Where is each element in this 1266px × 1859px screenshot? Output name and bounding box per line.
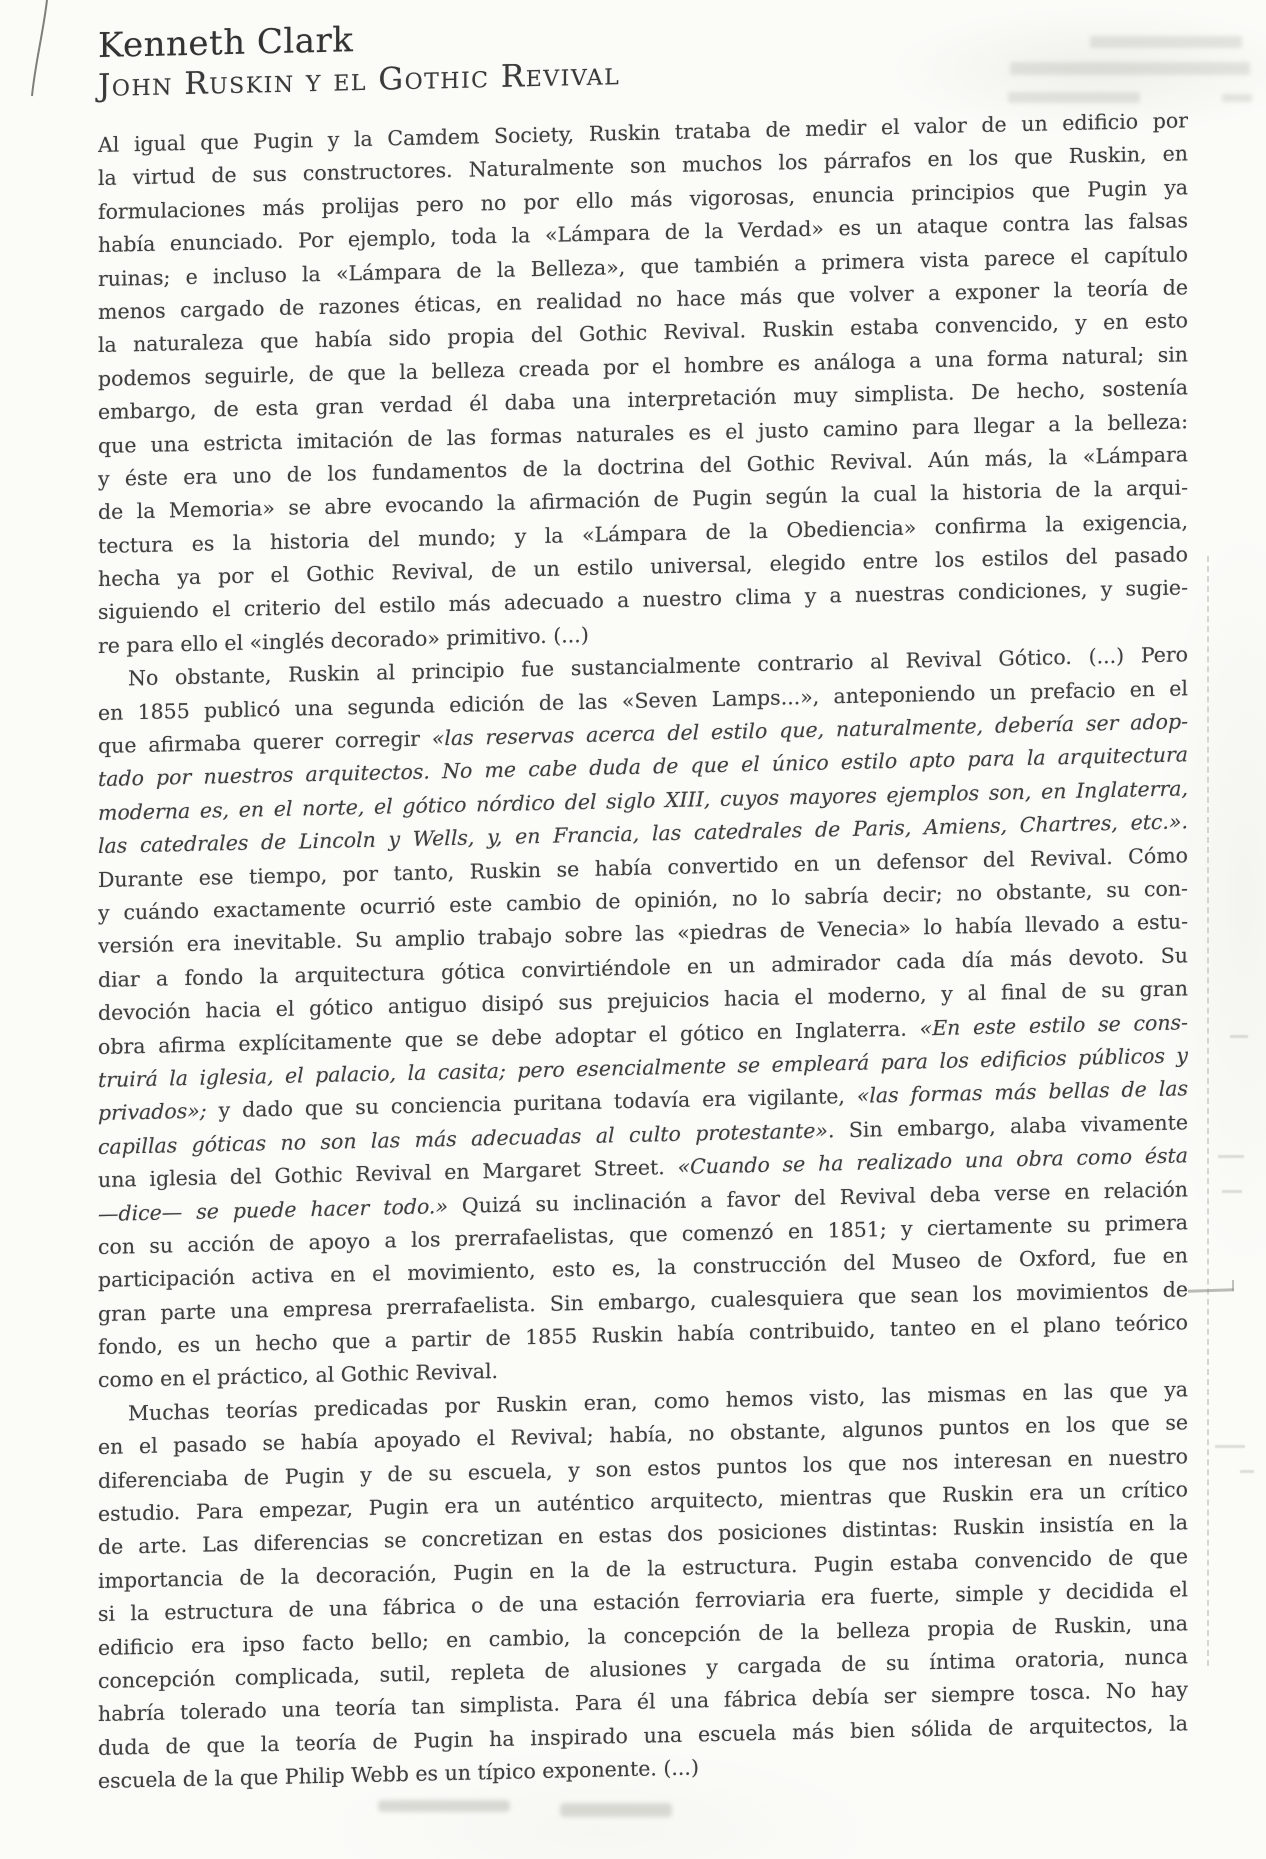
scan-artifact-curve [0,0,60,100]
margin-ghost-dash [1240,1470,1254,1473]
scan-smudge [378,1800,510,1812]
bleedthrough-ghost-text [1222,94,1252,102]
paragraph: No obstante, Ruskin al principio fue sus… [98,639,1188,1398]
paragraph: Al igual que Pugin y la Camdem Society, … [98,104,1188,663]
scanned-document-page: { "document": { "author": "Kenneth Clark… [0,0,1266,1859]
body-text: Al igual que Pugin y la Camdem Society, … [98,104,1188,1798]
margin-ghost-dash [1230,1035,1248,1038]
document-text-block: Kenneth Clark John Ruskin y el Gothic Re… [98,1,1188,1798]
page-fold-line [1207,556,1209,1666]
margin-ghost-dash [1218,1155,1244,1158]
margin-ghost-dash [1222,1190,1242,1193]
paragraph: Muchas teorías predicadas por Ruskin era… [98,1373,1188,1798]
scan-artifact-mark [1188,1288,1234,1292]
scan-artifact-mark [1232,1280,1234,1291]
scan-smudge [560,1803,672,1817]
margin-ghost-dash [1215,1445,1245,1448]
